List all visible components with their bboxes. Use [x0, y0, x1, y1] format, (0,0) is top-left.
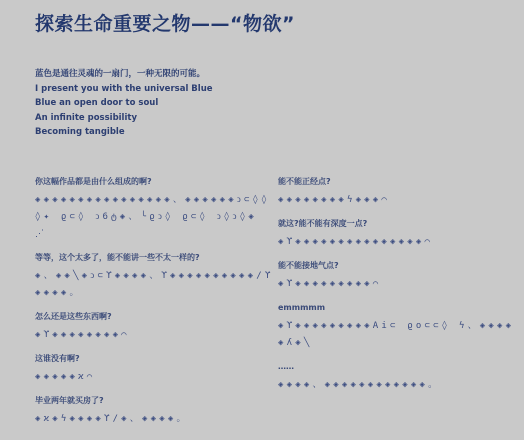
question: 等等，这个太多了，能不能讲一些不太一样的? [35, 252, 275, 264]
dialogue-block: 等等，这个太多了，能不能讲一些不太一样的? ◈、◈◈╲◈ↄ⊂ϒ◈◈◈◈、ϒ◈◈◈… [35, 252, 275, 302]
symbol-answer: ◈◈◈◈、◈◈◈◈◈◈◈◈◈◈◈◈。 [278, 377, 518, 394]
question: 这谁没有啊? [35, 353, 275, 365]
right-dialogue-column: 能不能正经点? ◈◈◈◈◈◈◈◈ϟ◈◈◈⌒ 就这?能不能有深度一点? ◈ϒ◈◈◈… [278, 176, 518, 403]
dialogue-block: …… ◈◈◈◈、◈◈◈◈◈◈◈◈◈◈◈◈。 [278, 361, 518, 394]
question: 怎么还是这些东西啊? [35, 311, 275, 323]
symbol-answer: ◈ϰ◈ϟ◈◈◈◈ϒ/◈、◈◈◈◈。 [35, 411, 275, 428]
symbol-answer: ◈ϒ◈◈◈◈◈◈◈◈⌒ [35, 327, 275, 344]
dialogue-block: 怎么还是这些东西啊? ◈ϒ◈◈◈◈◈◈◈◈⌒ [35, 311, 275, 344]
intro-line: An infinite possibility [35, 111, 213, 126]
question: 就这?能不能有深度一点? [278, 218, 518, 230]
symbol-answer: ◈ϒ◈◈◈◈◈◈◈◈◈Ai⊂ ϱo⊂⊂◊ ϟ、◈◈◈◈◈ʎ◈╲ [278, 318, 518, 352]
question: 能不能接地气点? [278, 260, 518, 272]
intro-line: Becoming tangible [35, 125, 213, 140]
dialogue-block: 能不能正经点? ◈◈◈◈◈◈◈◈ϟ◈◈◈⌒ [278, 176, 518, 209]
question: 能不能正经点? [278, 176, 518, 188]
question: 毕业两年就买房了? [35, 395, 275, 407]
symbol-answer: ◈◈◈◈◈◈◈◈ϟ◈◈◈⌒ [278, 192, 518, 209]
left-dialogue-column: 你这幅作品都是由什么组成的啊? ◈◈◈◈◈◈◈◈◈◈◈◈◈◈◈◈、◈◈◈◈◈◈ↄ… [35, 176, 275, 437]
symbol-answer: ◈ϒ◈◈◈◈◈◈◈◈◈⌒ [278, 276, 518, 293]
dialogue-block: 毕业两年就买房了? ◈ϰ◈ϟ◈◈◈◈ϒ/◈、◈◈◈◈。 [35, 395, 275, 428]
question: …… [278, 361, 518, 373]
dialogue-block: 你这幅作品都是由什么组成的啊? ◈◈◈◈◈◈◈◈◈◈◈◈◈◈◈◈、◈◈◈◈◈◈ↄ… [35, 176, 275, 243]
question: emmmmm [278, 302, 518, 314]
page-title: 探索生命重要之物——“物欲” [35, 9, 295, 36]
dialogue-block: 能不能接地气点? ◈ϒ◈◈◈◈◈◈◈◈◈⌒ [278, 260, 518, 293]
intro-line: 蓝色是通往灵魂的一扇门，一种无限的可能。 [35, 67, 213, 82]
dialogue-block: 这谁没有啊? ◈◈◈◈◈ϰ⌒ [35, 353, 275, 386]
intro-line: Blue an open door to soul [35, 96, 213, 111]
dialogue-block: emmmmm ◈ϒ◈◈◈◈◈◈◈◈◈Ai⊂ ϱo⊂⊂◊ ϟ、◈◈◈◈◈ʎ◈╲ [278, 302, 518, 352]
question: 你这幅作品都是由什么组成的啊? [35, 176, 275, 188]
symbol-answer: ◈◈◈◈◈ϰ⌒ [35, 369, 275, 386]
symbol-answer: ◈、◈◈╲◈ↄ⊂ϒ◈◈◈◈、ϒ◈◈◈◈◈◈◈◈◈◈/ϒ◈◈◈◈。 [35, 268, 275, 302]
intro-line: I present you with the universal Blue [35, 82, 213, 97]
symbol-answer: ◈◈◈◈◈◈◈◈◈◈◈◈◈◈◈◈、◈◈◈◈◈◈ↄ⊂◊◊◊✦ ϱ⊂◊ ↄ6ტ◈、╰… [35, 192, 275, 243]
symbol-answer: ◈ϒ◈◈◈◈◈◈◈◈◈◈◈◈◈◈◈⌒ [278, 234, 518, 251]
dialogue-block: 就这?能不能有深度一点? ◈ϒ◈◈◈◈◈◈◈◈◈◈◈◈◈◈◈⌒ [278, 218, 518, 251]
intro-text: 蓝色是通往灵魂的一扇门，一种无限的可能。 I present you with … [35, 67, 213, 140]
